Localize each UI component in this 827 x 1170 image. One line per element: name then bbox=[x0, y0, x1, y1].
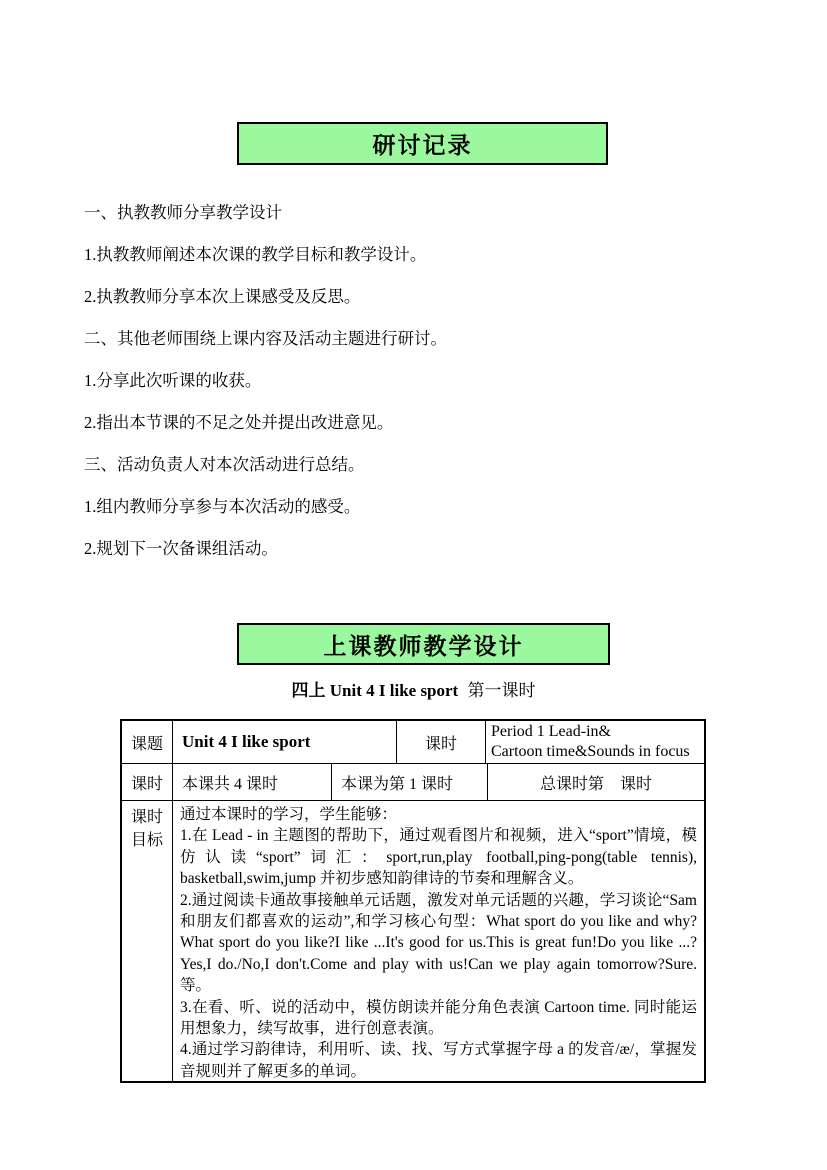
teaching-design-title: 上课教师教学设计 bbox=[324, 628, 524, 661]
goals-intro: 通过本课时的学习，学生能够： bbox=[180, 804, 697, 825]
period-value-line2: Cartoon time&Sounds in focus bbox=[491, 742, 690, 762]
discussion-line-5: 1.分享此次听课的收获。 bbox=[84, 360, 764, 402]
discussion-line-2: 1.执教教师阐述本次课的教学目标和教学设计。 bbox=[84, 234, 764, 276]
discussion-line-1: 一、执教教师分享教学设计 bbox=[84, 192, 764, 234]
discussion-body: 一、执教教师分享教学设计 1.执教教师阐述本次课的教学目标和教学设计。 2.执教… bbox=[84, 192, 764, 570]
table-row-topic: 课题 Unit 4 I like sport 课时 Period 1 Lead-… bbox=[122, 721, 704, 764]
goal-item-2: 2.通过阅读卡通故事接触单元话题，激发对单元话题的兴趣，学习谈论“Sam 和朋友… bbox=[180, 890, 697, 997]
teaching-design-header: 上课教师教学设计 bbox=[237, 623, 610, 665]
goals-label-cell: 课时 目标 bbox=[122, 801, 173, 1081]
total-periods-cell: 本课共 4 课时 bbox=[173, 764, 332, 801]
discussion-line-4: 二、其他老师围绕上课内容及活动主题进行研讨。 bbox=[84, 318, 764, 360]
document-page: 研讨记录 一、执教教师分享教学设计 1.执教教师阐述本次课的教学目标和教学设计。… bbox=[0, 0, 827, 1170]
period-value-cell: Period 1 Lead-in& Cartoon time&Sounds in… bbox=[486, 721, 704, 764]
lesson-subtitle-unit: 四上 Unit 4 I like sport bbox=[292, 681, 459, 700]
lesson-subtitle: 四上 Unit 4 I like sport 第一课时 bbox=[0, 678, 827, 704]
discussion-line-8: 1.组内教师分享参与本次活动的感受。 bbox=[84, 486, 764, 528]
lesson-plan-table: 课题 Unit 4 I like sport 课时 Period 1 Lead-… bbox=[120, 719, 706, 1083]
period-value-line1: Period 1 Lead-in& bbox=[491, 722, 611, 742]
discussion-line-6: 2.指出本节课的不足之处并提出改进意见。 bbox=[84, 402, 764, 444]
goals-content-cell: 通过本课时的学习，学生能够： 1.在 Lead - in 主题图的帮助下，通过观… bbox=[173, 801, 704, 1081]
topic-value-cell: Unit 4 I like sport bbox=[173, 721, 397, 764]
goals-label-line1: 课时 bbox=[131, 806, 163, 829]
lesson-subtitle-period: 第一课时 bbox=[467, 681, 535, 700]
current-period-cell: 本课为第 1 课时 bbox=[332, 764, 488, 801]
period-label-cell: 课时 bbox=[397, 721, 486, 764]
discussion-line-7: 三、活动负责人对本次活动进行总结。 bbox=[84, 444, 764, 486]
discussion-record-title: 研讨记录 bbox=[373, 127, 473, 160]
discussion-line-3: 2.执教教师分享本次上课感受及反思。 bbox=[84, 276, 764, 318]
discussion-record-header: 研讨记录 bbox=[237, 122, 608, 165]
table-row-goals: 课时 目标 通过本课时的学习，学生能够： 1.在 Lead - in 主题图的帮… bbox=[122, 801, 704, 1081]
topic-label-cell: 课题 bbox=[122, 721, 173, 764]
overall-period-cell: 总课时第 课时 bbox=[488, 764, 704, 801]
goal-item-1: 1.在 Lead - in 主题图的帮助下，通过观看图片和视频，进入“sport… bbox=[180, 825, 697, 889]
goal-item-3: 3.在看、听、说的活动中，模仿朗读并能分角色表演 Cartoon time. 同… bbox=[180, 997, 697, 1040]
goals-label-line2: 目标 bbox=[131, 829, 163, 852]
goal-item-4: 4.通过学习韵律诗，利用听、读、找、写方式掌握字母 a 的发音/æ/，掌握发音规… bbox=[180, 1039, 697, 1081]
discussion-line-9: 2.规划下一次备课组活动。 bbox=[84, 528, 764, 570]
periods-label-cell: 课时 bbox=[122, 764, 173, 801]
table-row-periods: 课时 本课共 4 课时 本课为第 1 课时 总课时第 课时 bbox=[122, 764, 704, 801]
